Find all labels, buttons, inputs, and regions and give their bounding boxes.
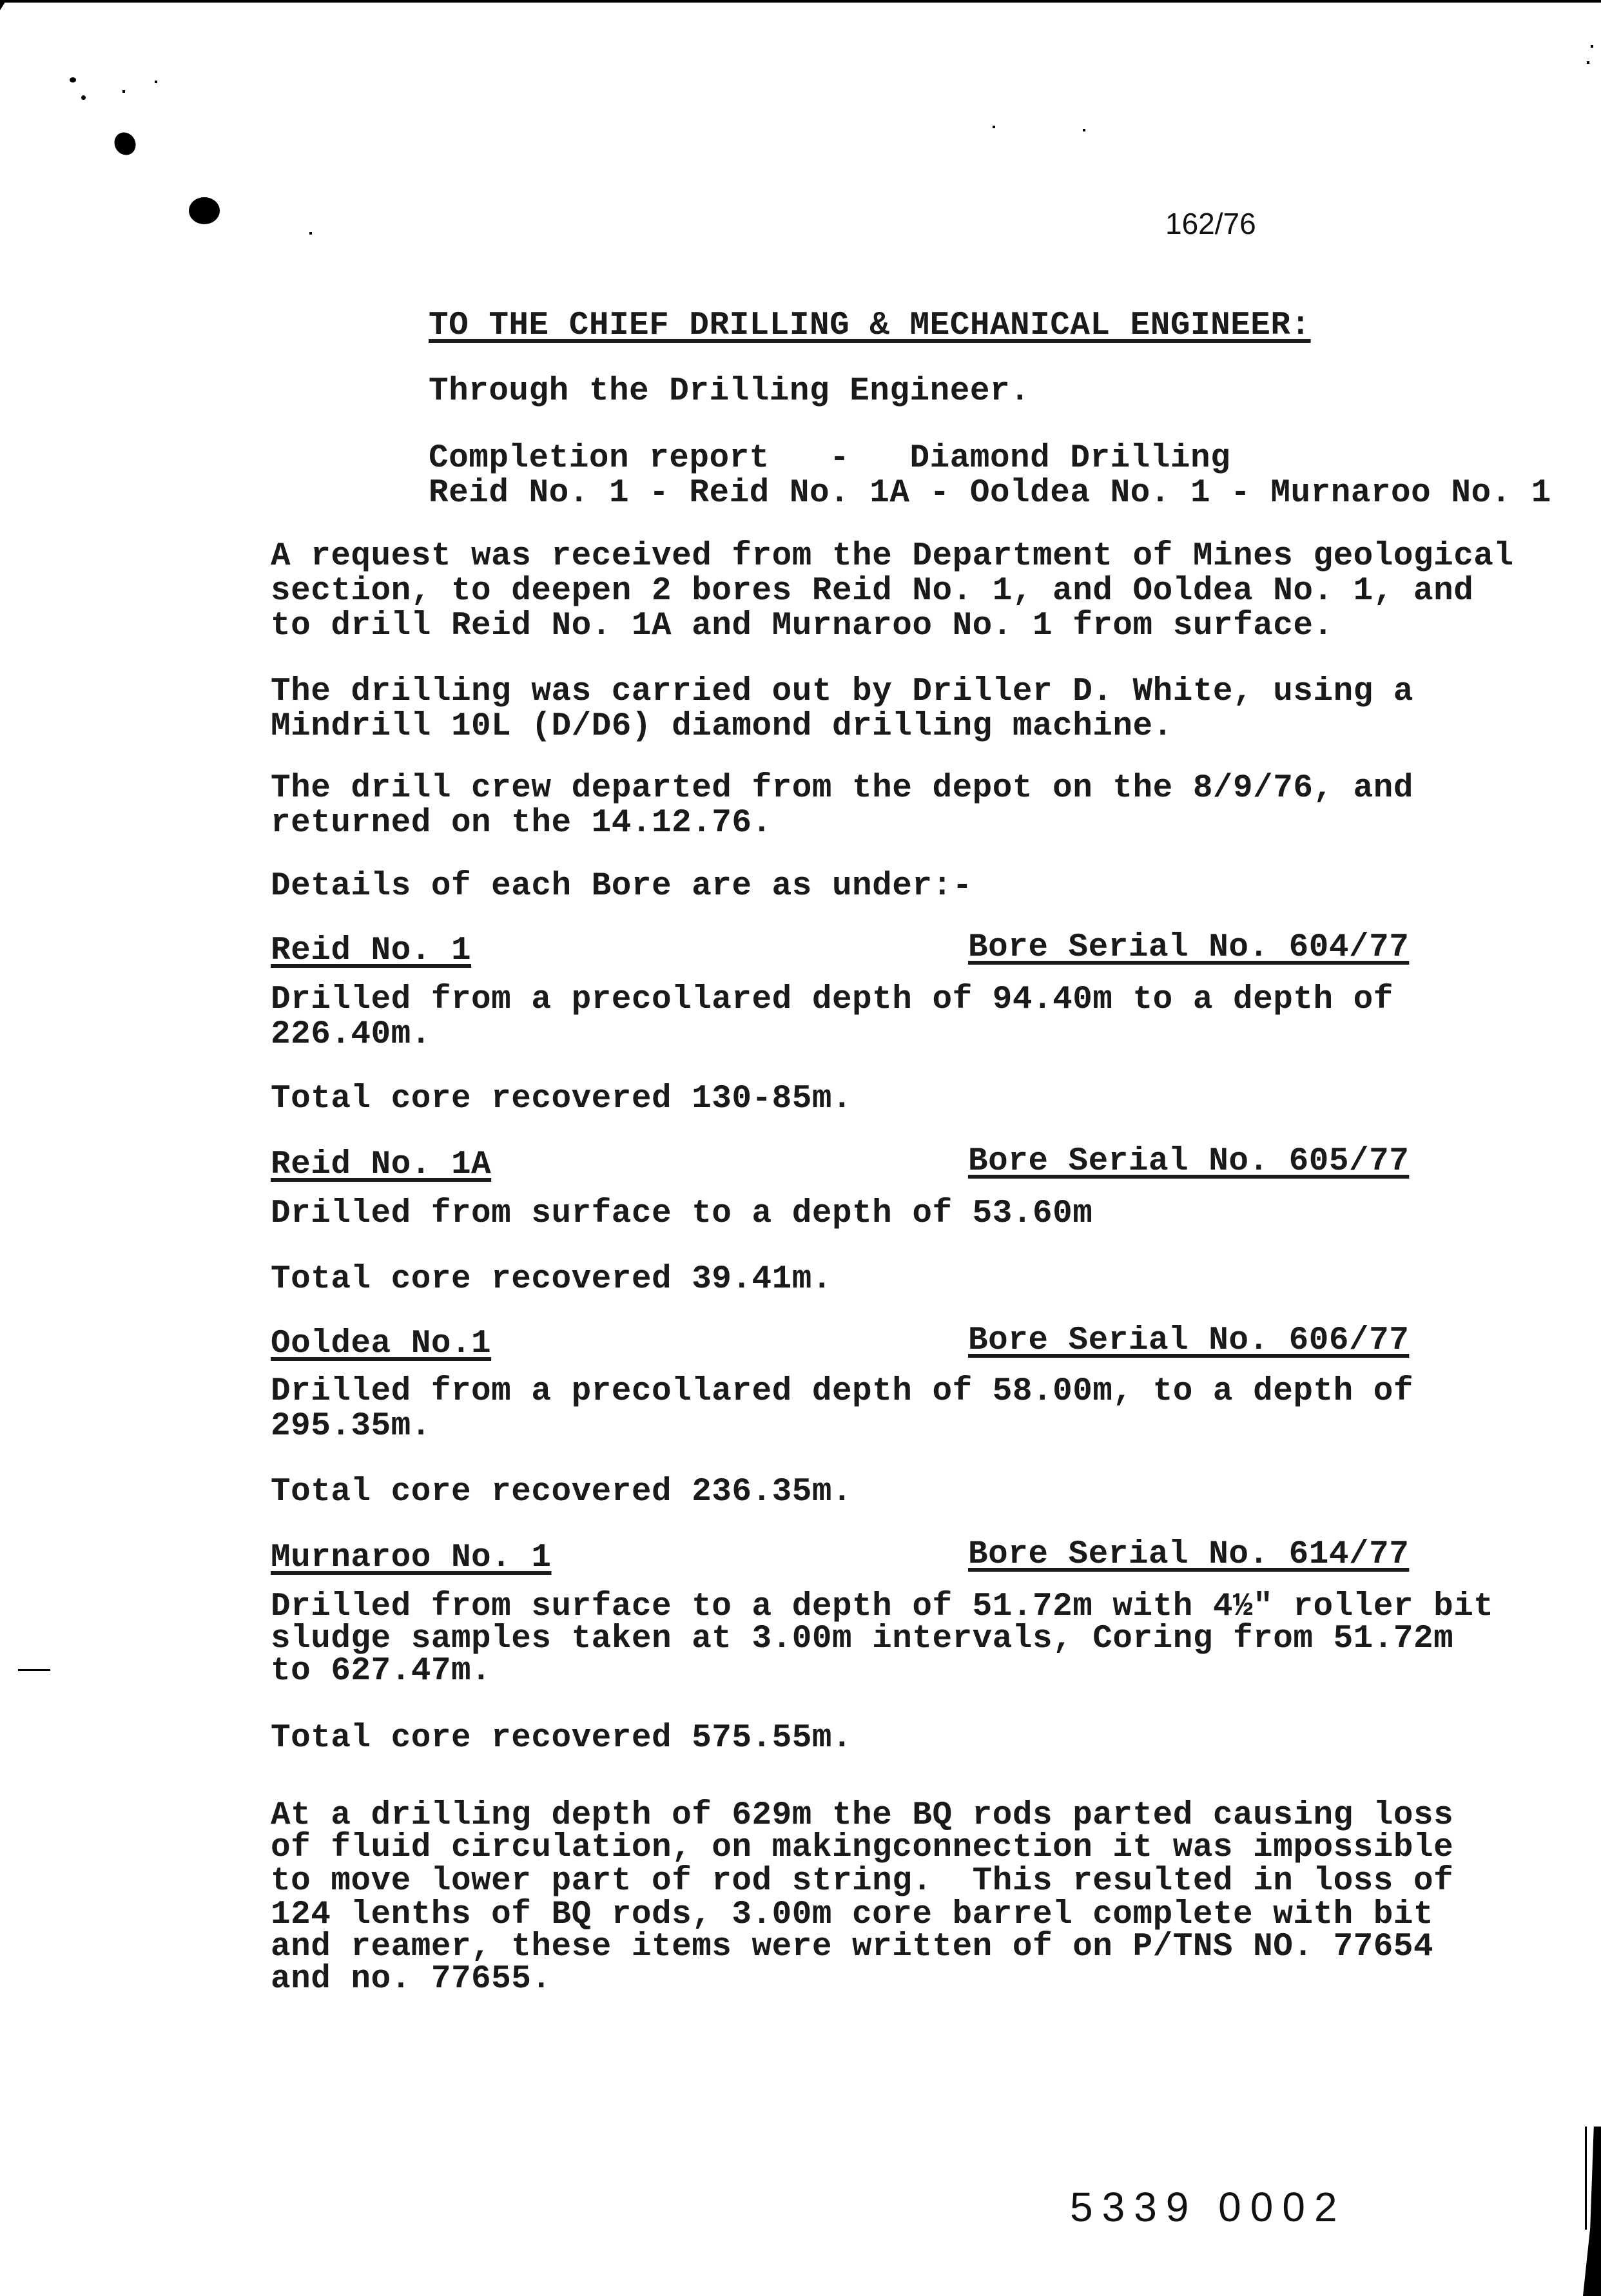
bore-serial: Bore Serial No. 604/77 — [968, 930, 1409, 966]
incident-line: and no. 77655. — [271, 1962, 551, 1998]
bore-name: Reid No. 1 — [271, 933, 471, 969]
bore-description: sludge samples taken at 3.00m intervals,… — [271, 1621, 1453, 1657]
bore-serial: Bore Serial No. 614/77 — [968, 1537, 1409, 1573]
bore-description: to 627.47m. — [271, 1654, 491, 1690]
document-stamp-number: 5339 0002 — [1070, 2183, 1346, 2231]
ink-speck — [1591, 45, 1593, 48]
ink-speck — [309, 232, 312, 235]
reference-number: 162/76 — [1165, 206, 1256, 241]
incident-line: 124 lenths of BQ rods, 3.00m core barrel… — [271, 1897, 1433, 1933]
bore-name: Murnaroo No. 1 — [271, 1540, 551, 1576]
bore-core-recovered: Total core recovered 130-85m. — [271, 1081, 852, 1117]
bore-description: Drilled from surface to a depth of 53.60… — [271, 1196, 1092, 1232]
ink-speck — [1083, 129, 1085, 131]
bore-description: Drilled from a precollared depth of 94.4… — [271, 982, 1393, 1018]
dates-line: returned on the 14.12.76. — [271, 806, 772, 842]
ink-blot — [110, 128, 140, 159]
intro-line: to drill Reid No. 1A and Murnaroo No. 1 … — [271, 608, 1334, 644]
incident-line: of fluid circulation, on makingconnectio… — [271, 1830, 1453, 1866]
ink-speck — [70, 77, 76, 82]
bore-name: Ooldea No.1 — [271, 1326, 491, 1362]
ink-speck — [81, 95, 86, 100]
bore-core-recovered: Total core recovered 575.55m. — [271, 1721, 852, 1757]
bore-core-recovered: Total core recovered 236.35m. — [271, 1474, 852, 1510]
scan-corner-mark — [0, 0, 6, 10]
incident-line: and reamer, these items were written of … — [271, 1929, 1433, 1965]
scan-top-edge — [0, 0, 1601, 3]
scanned-document-page: 162/76 TO THE CHIEF DRILLING & MECHANICA… — [0, 0, 1601, 2296]
ink-blot — [189, 197, 220, 224]
bore-core-recovered: Total core recovered 39.41m. — [271, 1262, 832, 1298]
subject-line-1: Completion report - Diamond Drilling — [429, 441, 1230, 477]
details-heading: Details of each Bore are as under:- — [271, 869, 973, 905]
subject-line-2: Reid No. 1 - Reid No. 1A - Ooldea No. 1 … — [429, 476, 1551, 512]
bore-serial: Bore Serial No. 606/77 — [968, 1323, 1409, 1359]
driller-line: The drilling was carried out by Driller … — [271, 674, 1413, 710]
intro-line: section, to deepen 2 bores Reid No. 1, a… — [271, 574, 1473, 610]
bore-description: 295.35m. — [271, 1409, 431, 1445]
ink-speck — [122, 90, 125, 93]
driller-line: Mindrill 10L (D/D6) diamond drilling mac… — [271, 709, 1173, 745]
scan-right-edge-line — [1585, 2127, 1587, 2230]
through-line: Through the Drilling Engineer. — [429, 374, 1030, 410]
ink-speck — [1587, 61, 1589, 64]
bore-description: Drilled from surface to a depth of 51.72… — [271, 1589, 1493, 1625]
margin-mark — [18, 1669, 50, 1671]
incident-line: At a drilling depth of 629m the BQ rods … — [271, 1798, 1453, 1834]
bore-serial: Bore Serial No. 605/77 — [968, 1144, 1409, 1180]
ink-speck — [155, 81, 157, 83]
bore-description: Drilled from a precollared depth of 58.0… — [271, 1374, 1413, 1410]
bore-name: Reid No. 1A — [271, 1147, 491, 1183]
dates-line: The drill crew departed from the depot o… — [271, 771, 1413, 807]
bore-description: 226.40m. — [271, 1017, 431, 1053]
addressee-heading: TO THE CHIEF DRILLING & MECHANICAL ENGIN… — [429, 308, 1311, 344]
ink-speck — [993, 126, 995, 128]
intro-line: A request was received from the Departme… — [271, 539, 1514, 575]
incident-line: to move lower part of rod string. This r… — [271, 1864, 1453, 1900]
